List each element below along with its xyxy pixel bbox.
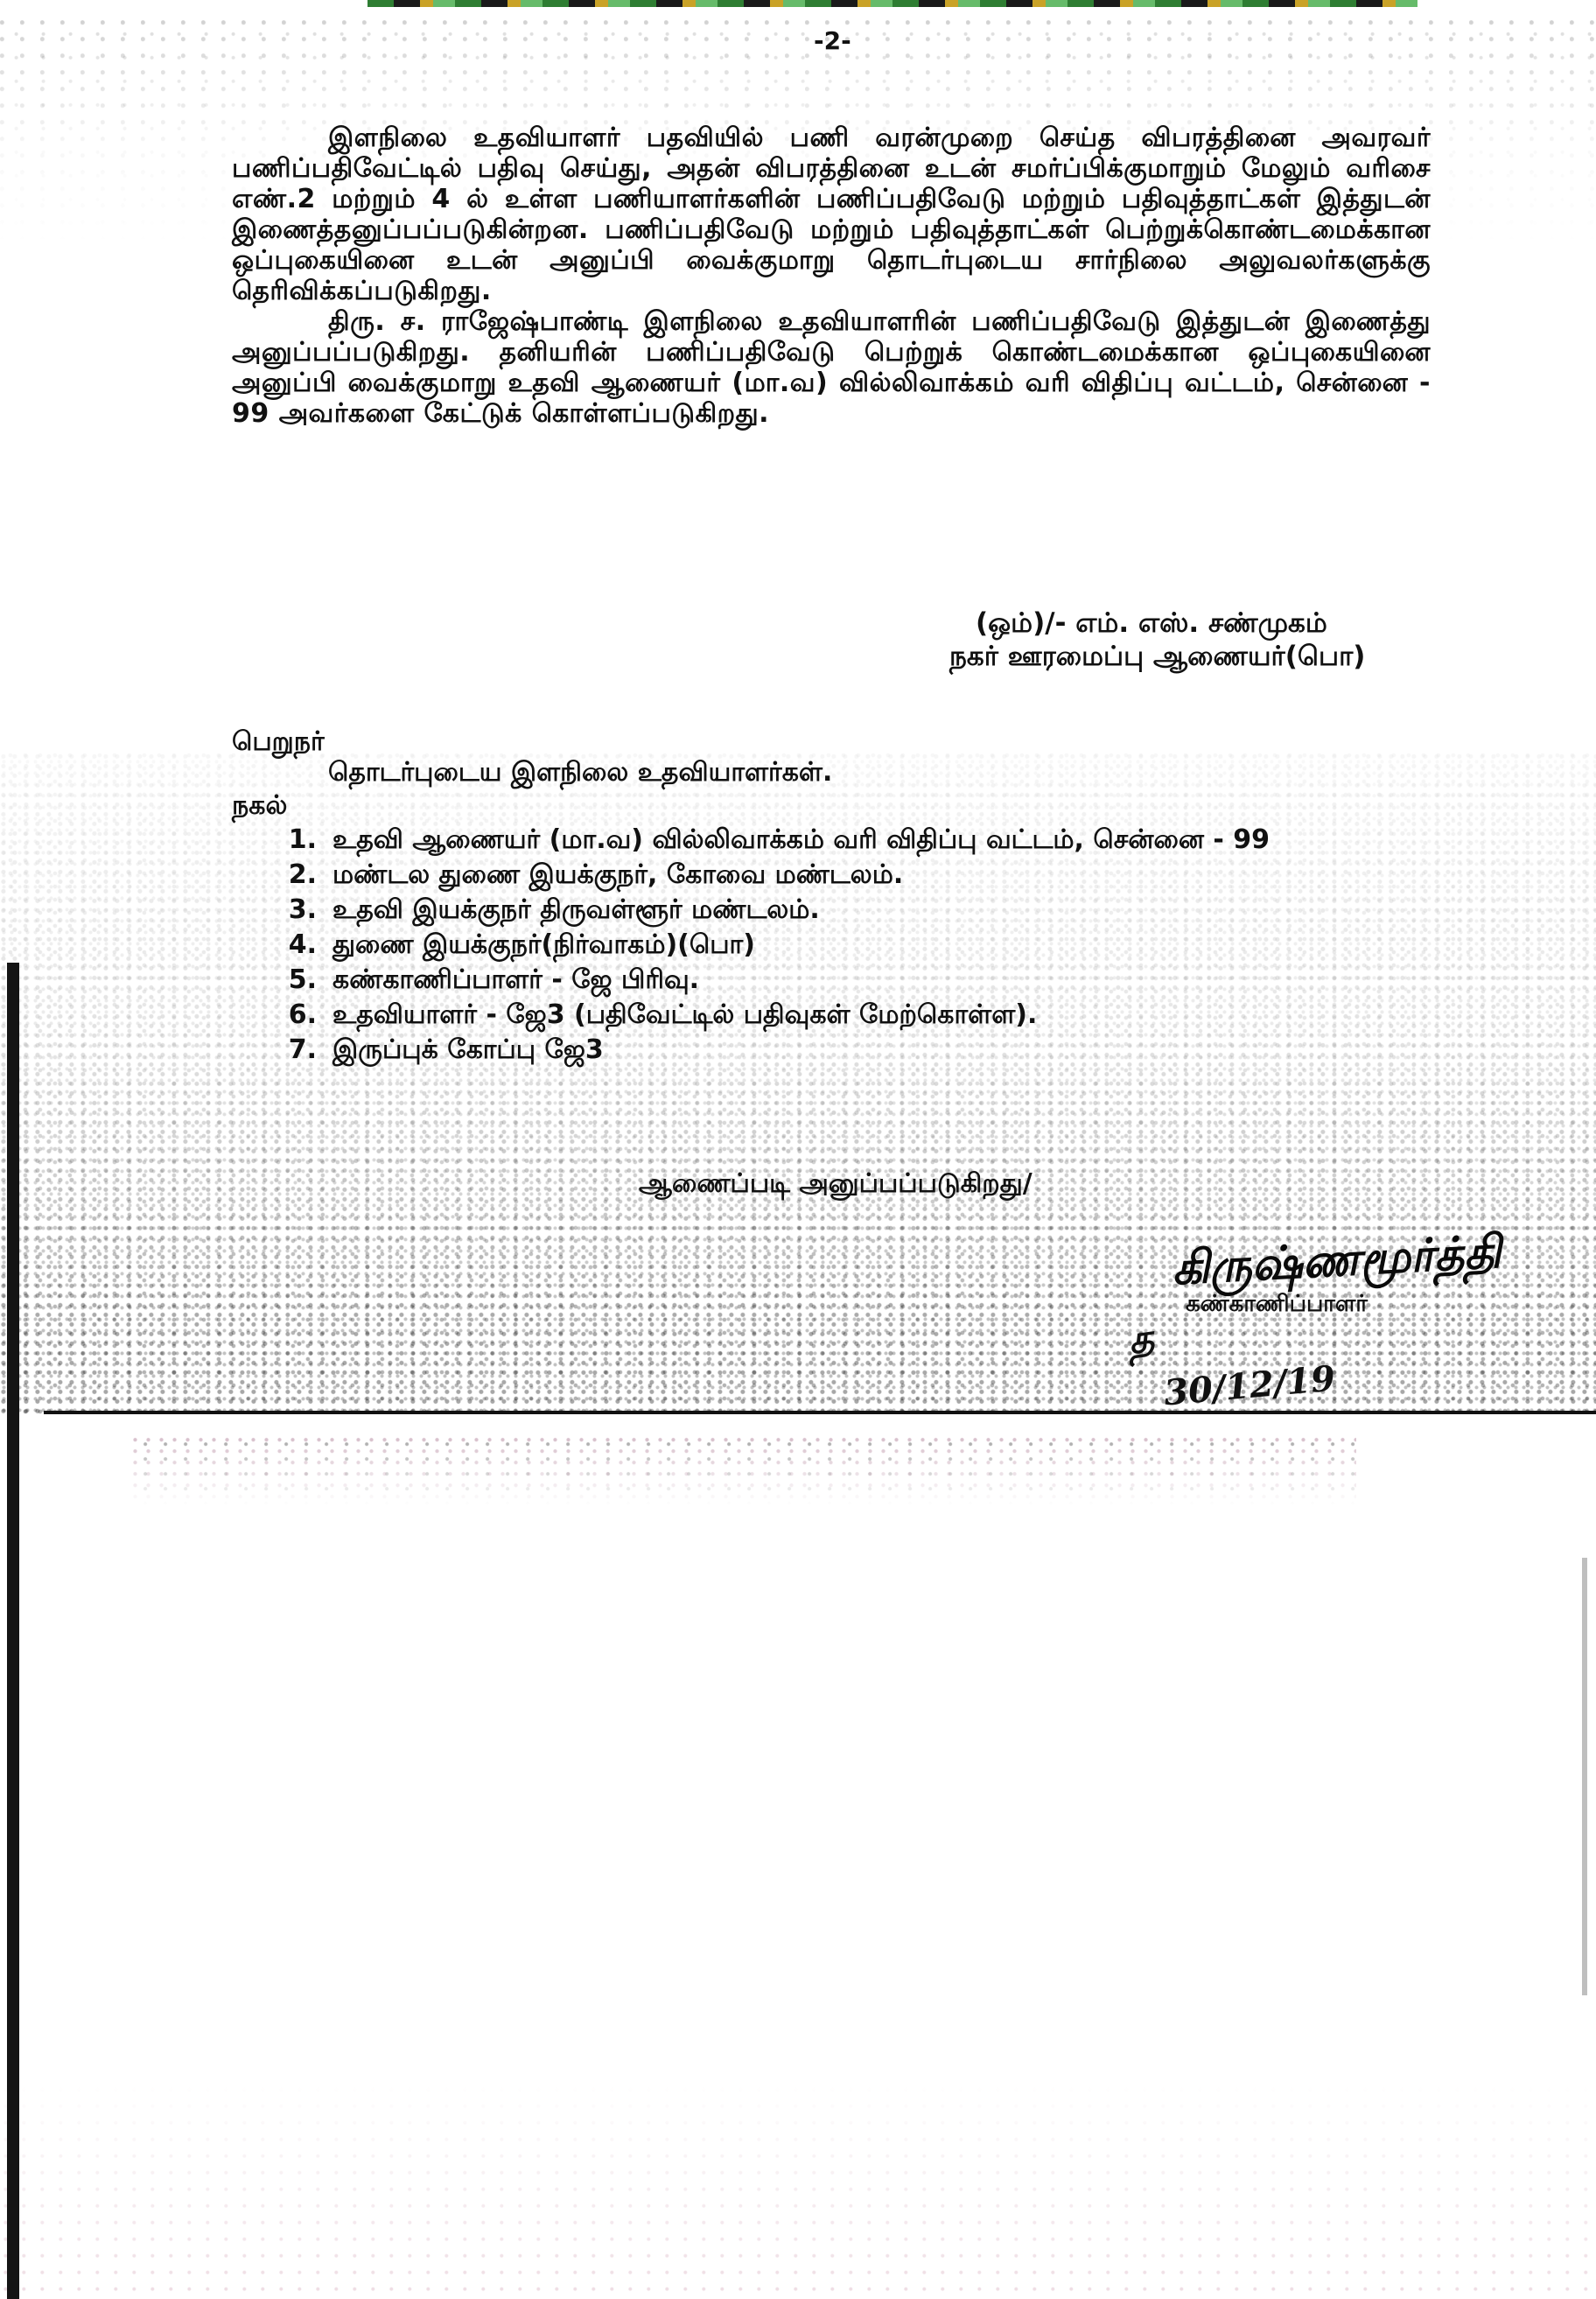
forwarded-note: ஆணைப்படி அனுப்பப்படுகிறது/ bbox=[639, 1168, 1032, 1202]
scan-left-edge bbox=[7, 963, 19, 2299]
copy-label: நகல் bbox=[232, 790, 287, 824]
document-body: இளநிலை உதவியாளர் பதவியில் பணி வரன்முறை ச… bbox=[232, 123, 1431, 429]
list-item: 2.மண்டல துணை இயக்குநர், கோவை மண்டலம். bbox=[280, 858, 1270, 893]
recipient-label: பெறுநர் bbox=[232, 726, 325, 760]
recipient: தொடர்புடைய இளநிலை உதவியாளர்கள். bbox=[328, 757, 832, 791]
signatory-name: (ஒம்)/- எம். எஸ். சண்முகம் bbox=[949, 606, 1439, 640]
sign-date: 30/12/19 bbox=[1162, 1358, 1337, 1414]
page-number: -2- bbox=[814, 26, 851, 55]
scan-noise-bottom bbox=[0, 2083, 1596, 2299]
signatory-block: (ஒம்)/- எம். எஸ். சண்முகம் நகர் ஊரமைப்பு… bbox=[949, 606, 1439, 673]
photocopy-edge-line bbox=[44, 1411, 1596, 1414]
list-item: 1.உதவி ஆணையர் (மா.வ) வில்லிவாக்கம் வரி வ… bbox=[280, 823, 1270, 858]
paragraph-2: திரு. ச. ராஜேஷ்பாண்டி இளநிலை உதவியாளரின்… bbox=[232, 306, 1431, 429]
copy-list: 1.உதவி ஆணையர் (மா.வ) வில்லிவாக்கம் வரி வ… bbox=[280, 823, 1270, 1068]
decorative-top-border bbox=[367, 0, 1417, 7]
signature-title: கண்காணிப்பாளர் bbox=[1186, 1291, 1368, 1320]
list-item: 3.உதவி இயக்குநர் திருவள்ளூர் மண்டலம். bbox=[280, 893, 1270, 928]
list-item: 6.உதவியாளர் - ஜே3 (பதிவேட்டில் பதிவுகள் … bbox=[280, 998, 1270, 1033]
signatory-designation: நகர் ஊரமைப்பு ஆணையர்(பொ) bbox=[949, 640, 1439, 673]
list-item: 4.துணை இயக்குநர்(நிர்வாகம்)(பொ) bbox=[280, 928, 1270, 963]
paragraph-1: இளநிலை உதவியாளர் பதவியில் பணி வரன்முறை ச… bbox=[232, 123, 1431, 306]
list-item: 5.கண்காணிப்பாளர் - ஜே பிரிவு. bbox=[280, 963, 1270, 998]
list-item: 7.இருப்புக் கோப்பு ஜே3 bbox=[280, 1033, 1270, 1068]
scan-right-edge bbox=[1582, 1558, 1587, 1995]
scan-noise-lower bbox=[131, 1435, 1356, 1505]
handwritten-initials: த bbox=[1125, 1315, 1157, 1368]
